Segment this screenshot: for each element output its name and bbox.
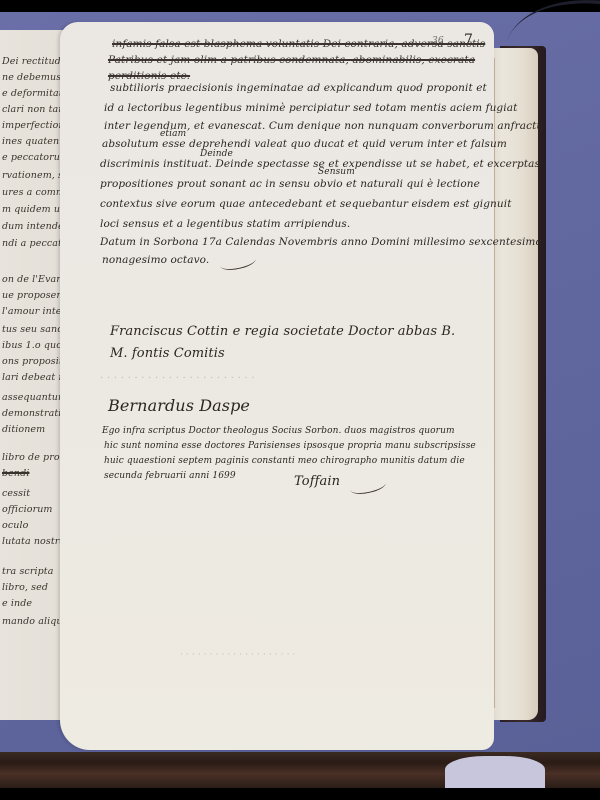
bottom-letterbox xyxy=(0,788,600,800)
main-page: 36 7 infamis falsa est blasphema volunta… xyxy=(60,22,494,750)
manuscript-photo: Dei rectitudini ac ne debemus non e defo… xyxy=(0,0,600,800)
left-line: e peccatorum xyxy=(2,152,69,164)
body-line: Datum in Sorbona 17a Calendas Novembris … xyxy=(100,236,542,249)
body-line: id a lectoribus legentibus minimè percip… xyxy=(104,102,517,115)
bleed-through-text: · · · · · · · · · · · · · · · · · · · · xyxy=(180,650,295,660)
body-line: propositiones prout sonant ac in sensu o… xyxy=(100,178,480,191)
attestation-signature: Toffain xyxy=(294,474,340,489)
left-line: ditionem xyxy=(2,424,45,436)
signature-cottin-line1: Franciscus Cottin e regia societate Doct… xyxy=(110,324,455,339)
left-line: bendi xyxy=(2,468,29,480)
interlinear-note: Sensum xyxy=(318,167,355,177)
left-line: cessit xyxy=(2,488,30,500)
paraph-flourish xyxy=(349,476,387,496)
left-line: ibus 1.o quod xyxy=(2,340,68,352)
attestation-line: huic quaestioni septem paginis constanti… xyxy=(104,456,465,466)
body-line: subtilioris praecisionis ingeminatae ad … xyxy=(110,82,487,95)
top-letterbox xyxy=(0,0,600,12)
bleed-through-text: · · · · · · · · · · · · · · · · · · · · … xyxy=(100,372,255,385)
attestation-line: Ego infra scriptus Doctor theologus Soci… xyxy=(102,426,455,436)
signature-cottin-line2: M. fontis Comitis xyxy=(110,346,225,361)
body-line: contextus sive eorum quae antecedebant e… xyxy=(100,198,512,211)
left-line: tra scripta xyxy=(2,566,53,578)
left-line: libro, sed xyxy=(2,582,48,594)
attestation-line: secunda februarii anni 1699 xyxy=(104,471,236,481)
cloth-fold xyxy=(445,756,545,790)
left-line: lutata nostra xyxy=(2,536,65,548)
left-line: assequantur xyxy=(2,392,63,404)
struck-line: Patribus et jam olim a patribus condemna… xyxy=(108,54,475,67)
struck-line: infamis falsa est blasphema voluntatis D… xyxy=(112,38,485,51)
body-line: loci sensus et a legentibus statim arrip… xyxy=(100,218,350,231)
paraph-flourish xyxy=(219,252,257,272)
left-line: oculo xyxy=(2,520,28,532)
attestation-line: hic sunt nomina esse doctores Parisiense… xyxy=(104,441,476,451)
body-line: absolutum esse deprehendi valeat quo duc… xyxy=(102,138,507,151)
signature-daspe: Bernardus Daspe xyxy=(108,396,250,415)
body-line: nonagesimo octavo. xyxy=(102,254,209,267)
left-line: e inde xyxy=(2,598,32,610)
left-line: officiorum xyxy=(2,504,53,516)
